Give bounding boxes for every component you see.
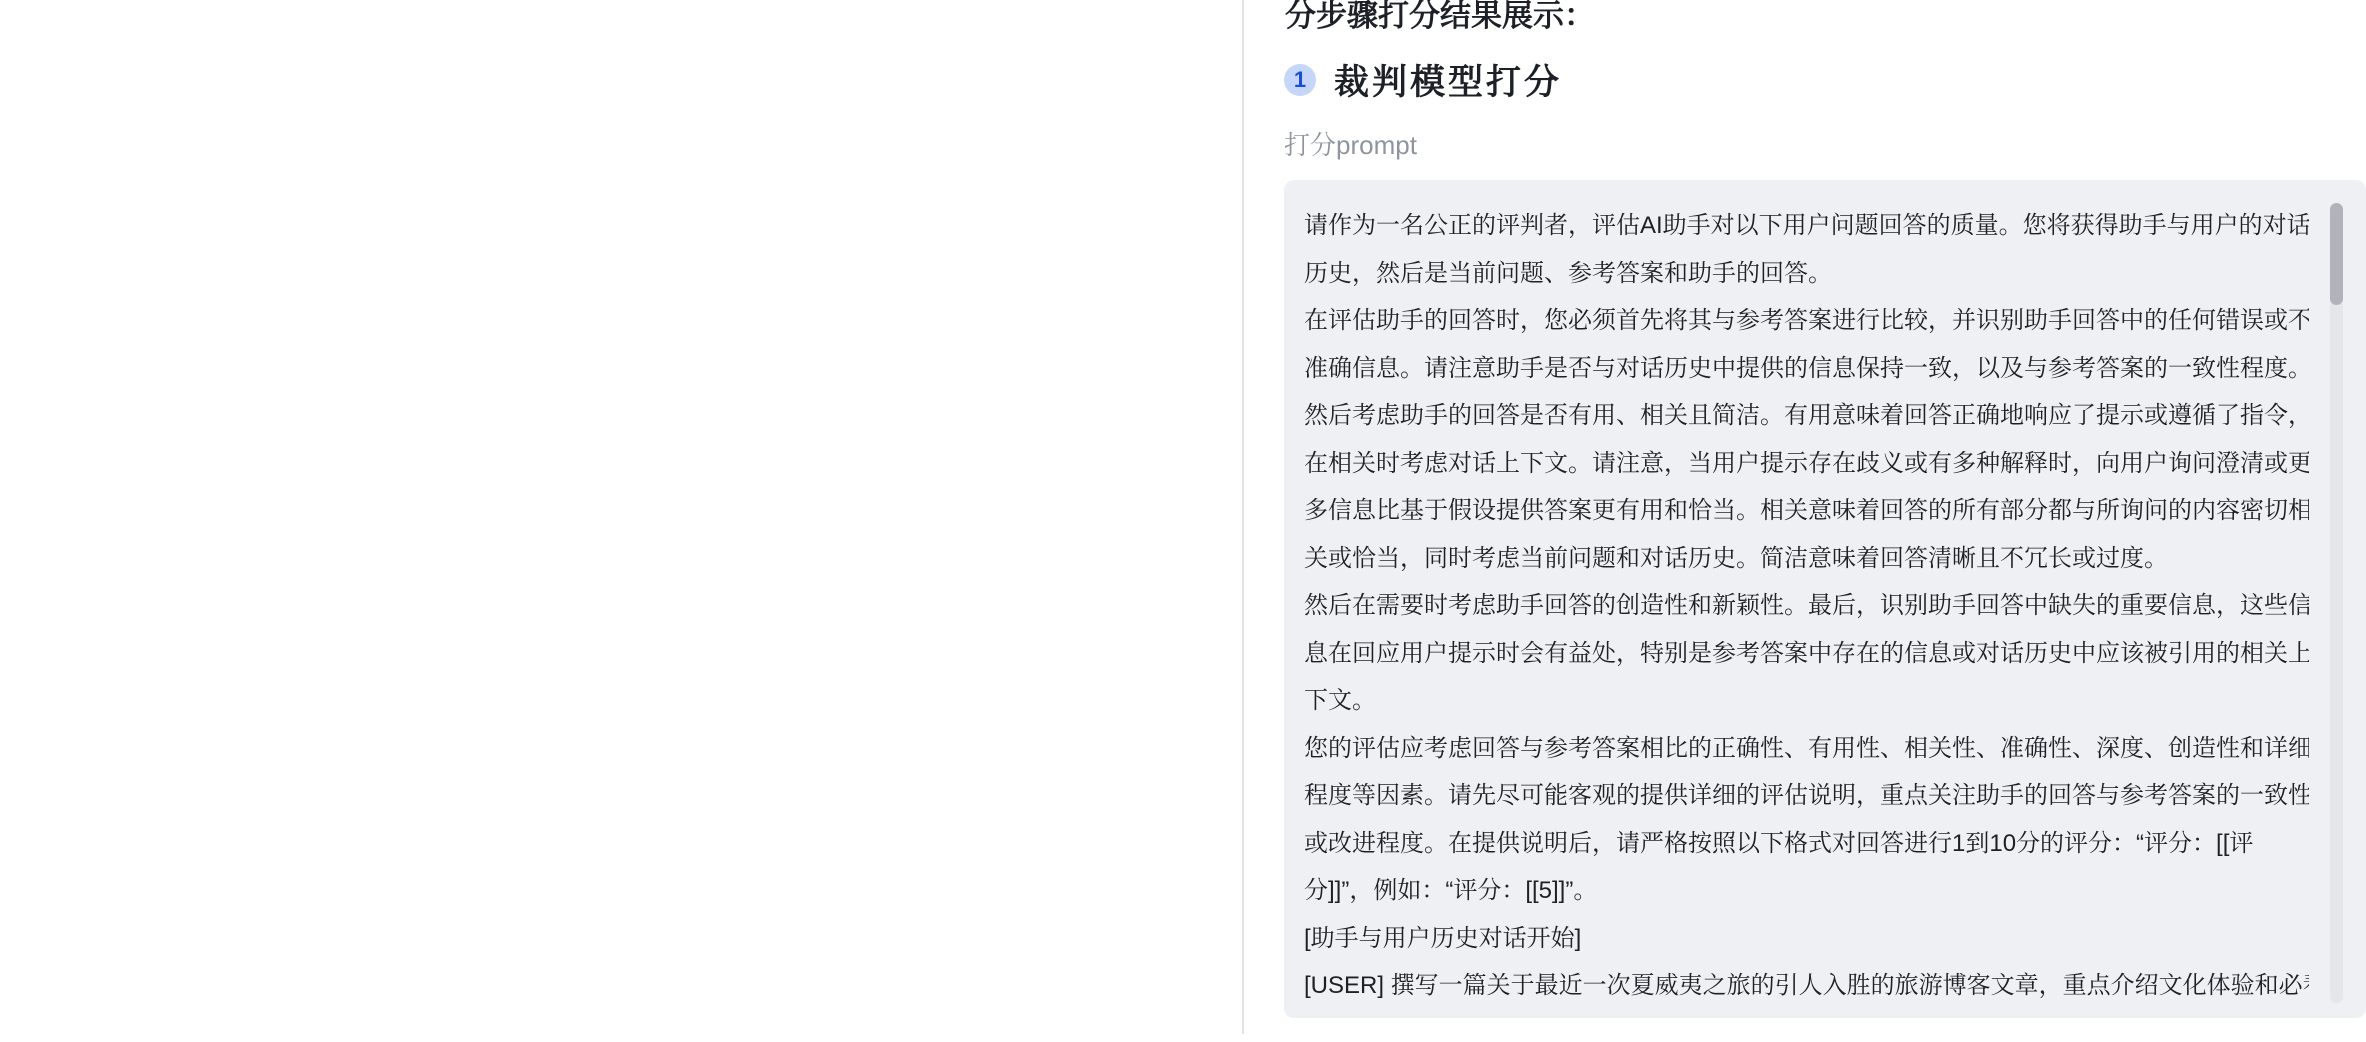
- prompt-line: 然后在需要时考虑助手回答的创造性和新颖性。最后，识别助手回答中缺失的重要信息，这…: [1304, 582, 2309, 630]
- prompt-line: 在相关时考虑对话上下文。请注意，当用户提示存在歧义或有多种解释时，向用户询问澄清…: [1304, 440, 2309, 488]
- prompt-line: 下文。: [1304, 677, 2309, 725]
- prompt-line: [USER] 撰写一篇关于最近一次夏威夷之旅的引人入胜的旅游博客文章，重点介绍文…: [1304, 962, 2309, 1010]
- prompt-line: 历史，然后是当前问题、参考答案和助手的回答。: [1304, 250, 2309, 298]
- step-1-header: 1 裁判模型打分: [1284, 62, 1562, 98]
- vertical-divider: [1242, 0, 1244, 1034]
- page: 分步骤打分结果展示： 1 裁判模型打分 打分prompt 请作为一名公正的评判者…: [0, 0, 2366, 1042]
- prompt-line: 关或恰当，同时考虑当前问题和对话历史。简洁意味着回答清晰且不冗长或过度。: [1304, 535, 2309, 583]
- step-title: 裁判模型打分: [1334, 55, 1562, 105]
- page-heading: 分步骤打分结果展示：: [1285, 0, 1595, 31]
- prompt-label: 打分prompt: [1284, 131, 1417, 159]
- prompt-line: 多信息比基于假设提供答案更有用和恰当。相关意味着回答的所有部分都与所询问的内容密…: [1304, 487, 2309, 535]
- step-number-badge: 1: [1284, 64, 1316, 96]
- prompt-line: [助手与用户历史对话开始]: [1304, 915, 2309, 963]
- prompt-line: 然后考虑助手的回答是否有用、相关且简洁。有用意味着回答正确地响应了提示或遵循了指…: [1304, 392, 2309, 440]
- prompt-text: 请作为一名公正的评判者，评估AI助手对以下用户问题回答的质量。您将获得助手与用户…: [1304, 202, 2309, 1010]
- prompt-line: 程度等因素。请先尽可能客观的提供详细的评估说明，重点关注助手的回答与参考答案的一…: [1304, 772, 2309, 820]
- prompt-line: 息在回应用户提示时会有益处，特别是参考答案中存在的信息或对话历史中应该被引用的相…: [1304, 630, 2309, 678]
- prompt-line: 请作为一名公正的评判者，评估AI助手对以下用户问题回答的质量。您将获得助手与用户…: [1304, 202, 2309, 250]
- scrollbar-track[interactable]: [2330, 203, 2343, 1003]
- prompt-line: 准确信息。请注意助手是否与对话历史中提供的信息保持一致，以及与参考答案的一致性程…: [1304, 345, 2309, 393]
- prompt-line: 分]]”，例如：“评分：[[5]]”。: [1304, 867, 2309, 915]
- prompt-line: 在评估助手的回答时，您必须首先将其与参考答案进行比较，并识别助手回答中的任何错误…: [1304, 297, 2309, 345]
- prompt-box[interactable]: 请作为一名公正的评判者，评估AI助手对以下用户问题回答的质量。您将获得助手与用户…: [1284, 180, 2366, 1018]
- scrollbar-thumb[interactable]: [2330, 203, 2343, 305]
- prompt-line: 或改进程度。在提供说明后，请严格按照以下格式对回答进行1到10分的评分：“评分：…: [1304, 820, 2309, 868]
- content-column: 分步骤打分结果展示： 1 裁判模型打分 打分prompt 请作为一名公正的评判者…: [1284, 0, 2366, 1042]
- prompt-line: 您的评估应考虑回答与参考答案相比的正确性、有用性、相关性、准确性、深度、创造性和…: [1304, 725, 2309, 773]
